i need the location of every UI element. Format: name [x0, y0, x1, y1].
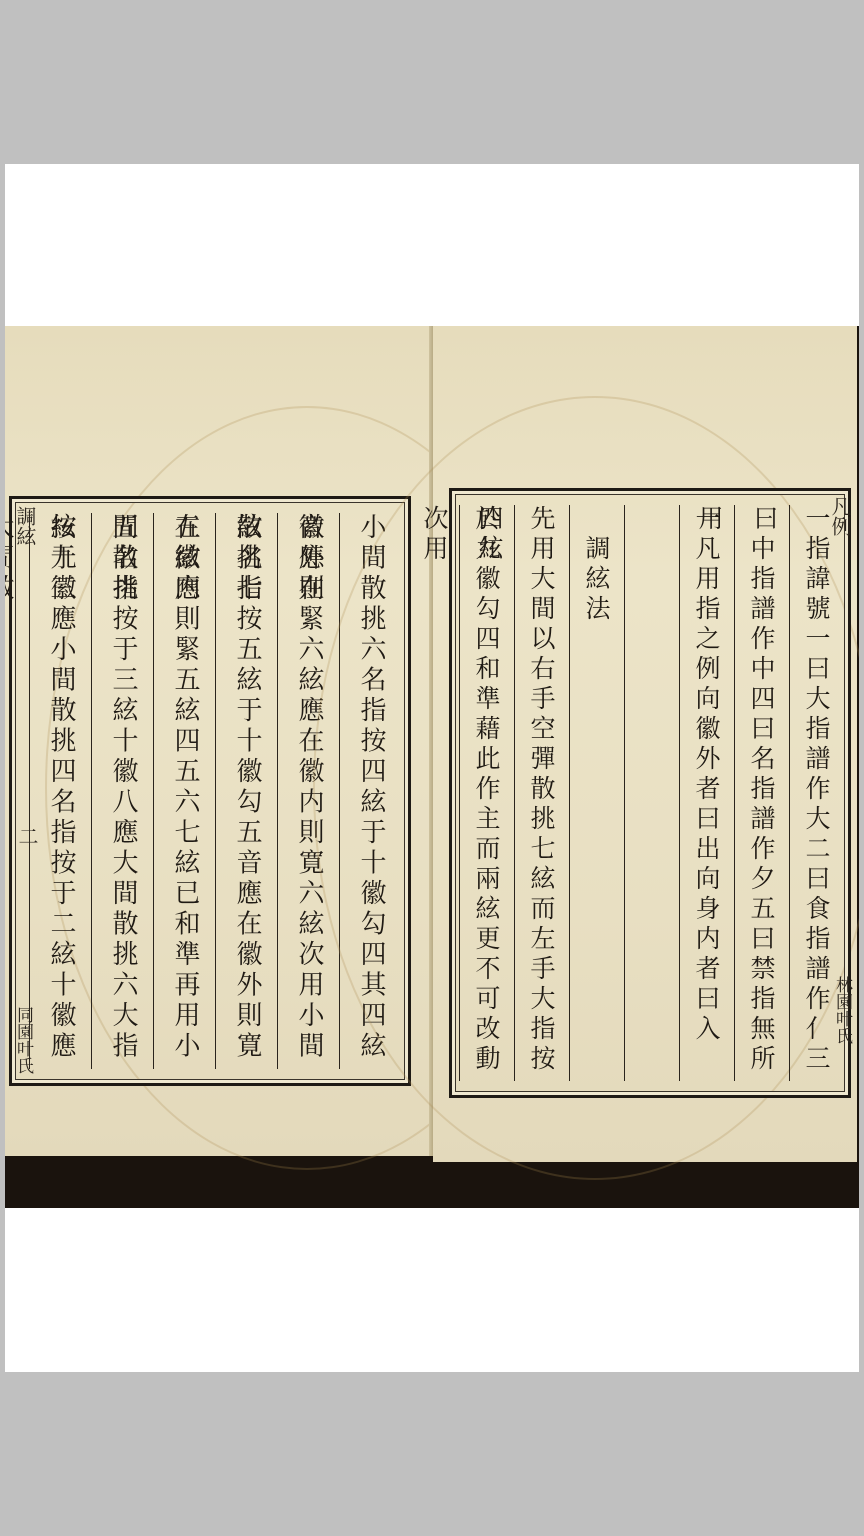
right-col-4 [624, 505, 677, 1081]
left-col-3: 絃名指按五絃于十徽勾五音應在徽外則寛五絃應 [215, 513, 278, 1069]
left-col-1: 小間散挑六名指按四絃于十徽勾四其四絃音應在 [339, 513, 402, 1069]
left-col-6: 絃九徽應小間散挑四名指按于二絃十徽應大間散 [29, 513, 92, 1069]
right-folio-title: 凡例 [826, 496, 855, 536]
left-col-5: 五名指按于三絃十徽八應大間散挑六大指按于三 [91, 513, 154, 1069]
right-col-6: 先用大間以右手空彈散挑七絃而左手大指按四絃 [514, 505, 567, 1081]
left-text-frame: 小間散挑六名指按四絃于十徽勾四其四絃音應在 徽外則緊六絃應在徽内則寛六絃次用小間… [9, 496, 411, 1086]
left-col-4: 在徽内則緊五絃四五六七絃已和準再用小間散挑 [153, 513, 216, 1069]
right-col-5: 調絃法 [569, 505, 622, 1081]
right-text-frame: 一指諱號一曰大指譜作大二曰食指譜作亻三曰 中指譜作中四曰名指譜作夕五曰禁指無所用… [449, 488, 851, 1098]
left-page: 調絃 二 同園叶氏 小間散挑六名指按四絃于十徽勾四其四絃音應在 徽外則緊六絃應在… [5, 326, 431, 1156]
right-col-7: 於九徽勾四和準藉此作主而兩絃更不可改動次用 [459, 505, 512, 1081]
book-photo: 調絃 二 同園叶氏 小間散挑六名指按四絃于十徽勾四其四絃音應在 徽外則緊六絃應在… [5, 326, 859, 1208]
right-folio-publisher: 林園叶氏 [830, 976, 855, 1044]
right-col-3: 一凡用指之例向徽外者曰出向身内者曰入 [679, 505, 732, 1081]
right-col-2: 中指譜作中四曰名指譜作夕五曰禁指無所用 [734, 505, 787, 1081]
left-col-2: 徽外則緊六絃應在徽内則寛六絃次用小間散挑七 [277, 513, 340, 1069]
right-page: 一指諱號一曰大指譜作大二曰食指譜作亻三曰 中指譜作中四曰名指譜作夕五曰禁指無所用… [433, 326, 857, 1162]
